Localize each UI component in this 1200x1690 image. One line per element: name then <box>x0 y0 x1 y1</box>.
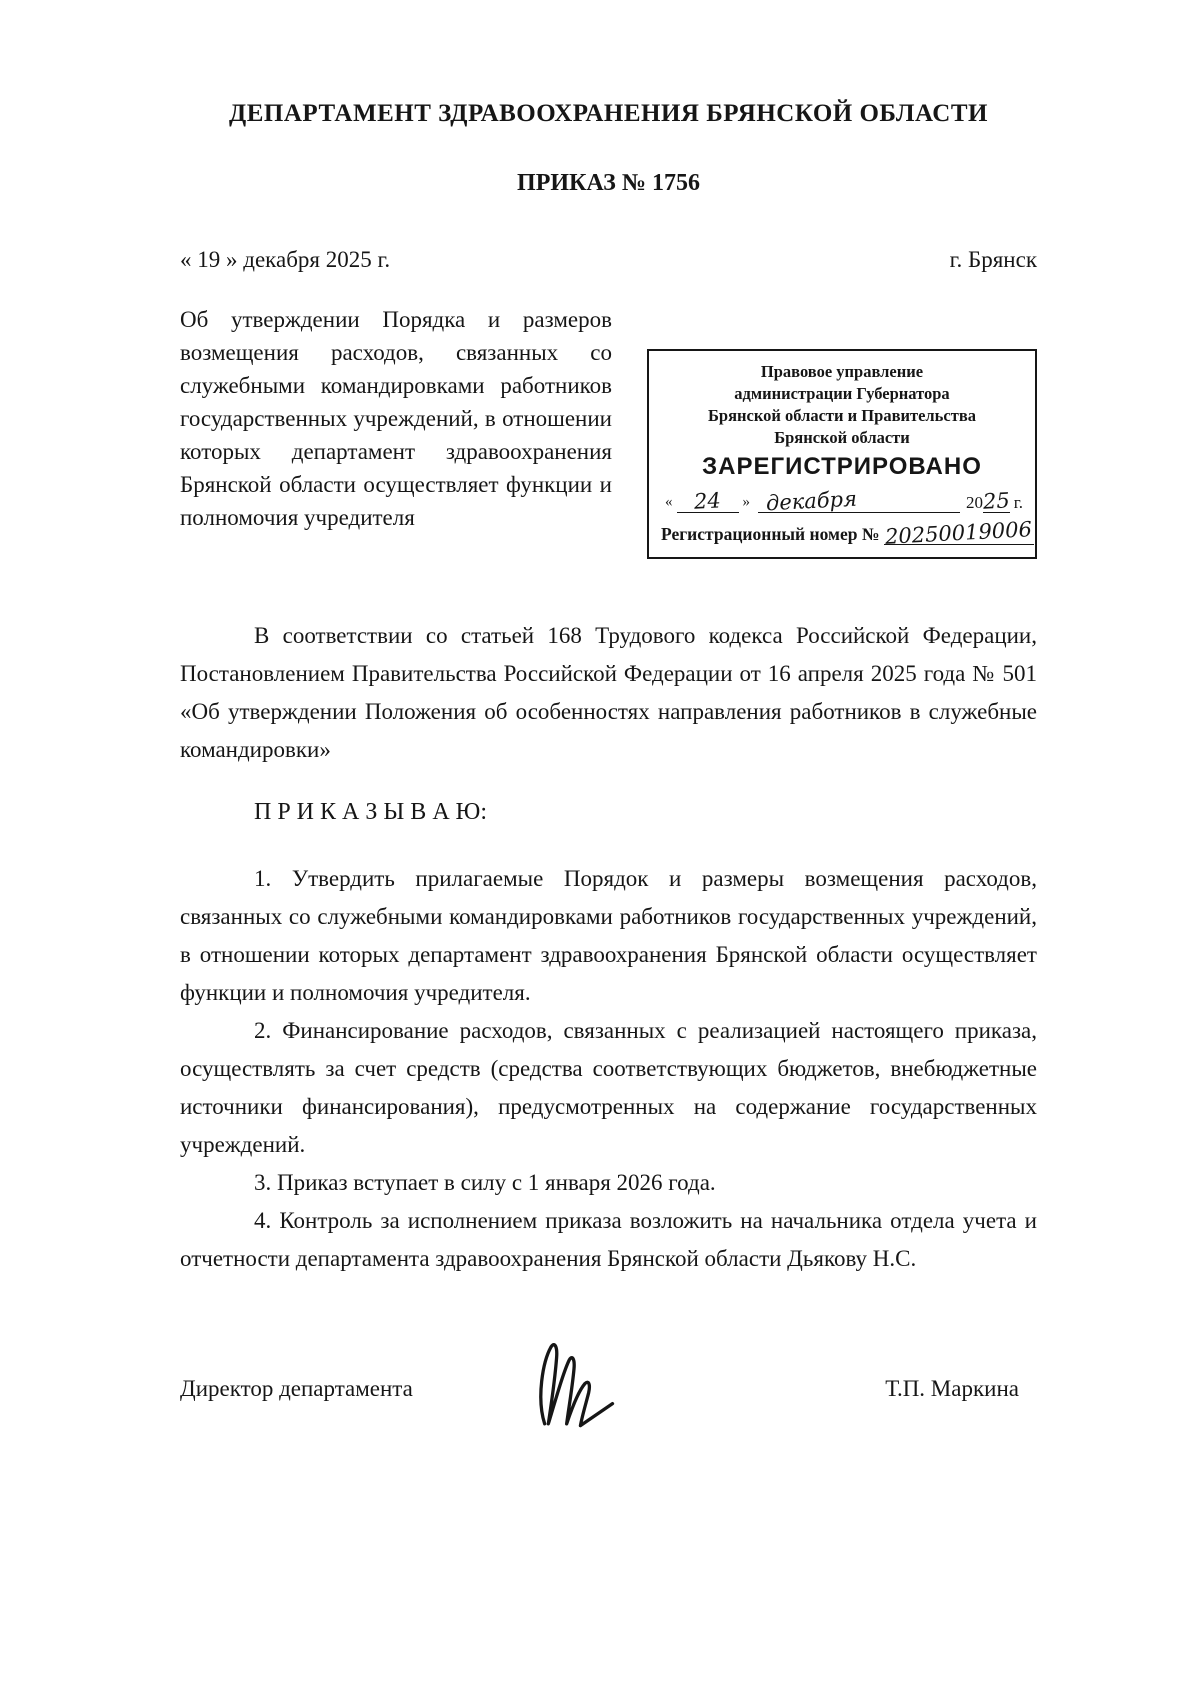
handwritten-signature <box>509 1334 639 1444</box>
stamp-month-handwritten: декабря <box>758 491 960 513</box>
registration-stamp: Правовое управление администрации Губерн… <box>647 349 1037 559</box>
stamp-quote-open: « <box>665 494 673 511</box>
order-item-1: 1. Утвердить прилагаемые Порядок и разме… <box>180 860 1037 1012</box>
stamp-date-line: « 24 » декабря 20 25 г. <box>661 491 1023 513</box>
scanned-order-document: ДЕПАРТАМЕНТ ЗДРАВООХРАНЕНИЯ БРЯНСКОЙ ОБЛ… <box>0 0 1200 1690</box>
signer-name: Т.П. Маркина <box>885 1376 1037 1402</box>
order-subject-text: Об утверждении Порядка и размеров возмещ… <box>180 303 612 534</box>
order-item-4: 4. Контроль за исполнением приказа возло… <box>180 1202 1037 1278</box>
signer-position: Директор департамента <box>180 1376 413 1402</box>
stamp-year-handwritten: 25 <box>983 491 1010 513</box>
order-date: « 19 » декабря 2025 г. <box>180 247 390 273</box>
order-directive-word: П Р И К А З Ы В А Ю: <box>180 799 1037 826</box>
order-item-2: 2. Финансирование расходов, связанных с … <box>180 1012 1037 1164</box>
order-city: г. Брянск <box>950 247 1037 273</box>
stamp-reg-label: Регистрационный номер № <box>661 524 879 544</box>
stamp-office-line: Брянской области <box>661 427 1023 449</box>
subject-and-stamp-block: Об утверждении Порядка и размеров возмещ… <box>180 303 1037 559</box>
stamp-reg-number-handwritten: 20250019006 <box>884 523 1034 545</box>
stamp-office-line: Брянской области и Правительства <box>661 405 1023 427</box>
legal-basis-paragraph: В соответствии со статьей 168 Трудового … <box>180 617 1037 769</box>
stamp-day-handwritten: 24 <box>677 491 739 513</box>
stamp-year-suffix: г. <box>1014 493 1023 513</box>
order-number-title: ПРИКАЗ № 1756 <box>180 170 1037 197</box>
stamp-registration-number-line: Регистрационный номер № 20250019006 <box>661 523 1023 545</box>
organization-name: ДЕПАРТАМЕНТ ЗДРАВООХРАНЕНИЯ БРЯНСКОЙ ОБЛ… <box>180 100 1037 128</box>
stamp-year-prefix: 20 <box>966 493 983 513</box>
stamp-office-line: администрации Губернатора <box>661 383 1023 405</box>
date-city-row: « 19 » декабря 2025 г. г. Брянск <box>180 247 1037 273</box>
stamp-quote-close: » <box>743 494 751 511</box>
stamp-registered-word: ЗАРЕГИСТРИРОВАНО <box>661 453 1023 481</box>
order-item-3: 3. Приказ вступает в силу с 1 января 202… <box>180 1164 1037 1202</box>
stamp-office-line: Правовое управление <box>661 361 1023 383</box>
signature-block: Директор департамента Т.П. Маркина <box>180 1334 1037 1444</box>
